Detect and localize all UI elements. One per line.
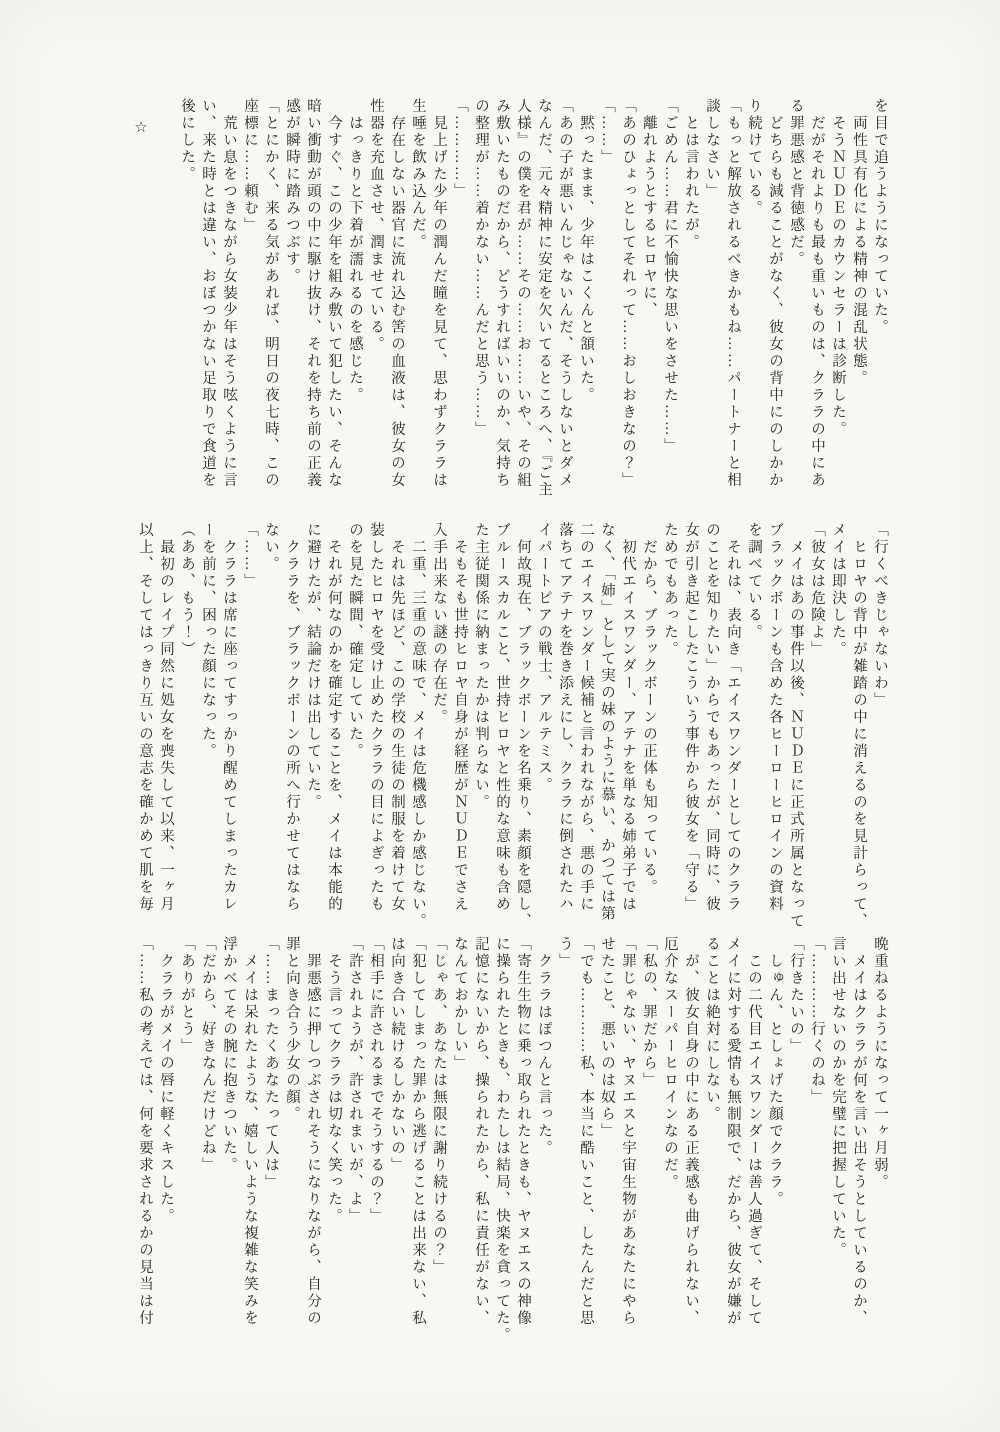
scanned-novel-page: を目で追うようになっていた。 両性具有化による精神の混乱状態。 そうＮＵＤＥのカ…	[0, 0, 1000, 1432]
text-column: 「だから、好きなんだけどね」	[197, 936, 218, 1350]
text-column: 記憶にないから、操られたから、私に責任がない、	[470, 936, 491, 1350]
text-column: 存在しない器官に流れ込む筈の血液は、彼女の女	[386, 98, 407, 508]
text-column: 今すぐ、この少年を組み敷いて犯したい、そんな	[323, 98, 344, 508]
text-column: 「寄生生物に乗っ取られたときも、ヤヌエスの神像	[512, 936, 533, 1350]
text-column: い、来た時とは違い、おぼつかない足取りで食道を	[197, 98, 218, 508]
text-column: （ああ、もう！）	[176, 522, 197, 936]
text-column: に避けたが、結論だけは出していた。	[302, 522, 323, 936]
text-column: 以上、そしてはっきり互いの意志を確かめて肌を毎	[134, 522, 155, 936]
text-column: 人様』の僕を君が……その……お……いや、その組	[512, 98, 533, 508]
text-column: なく、「姉」として実の妹のように慕い、かつては第	[596, 522, 617, 936]
text-column: ブラックボーンも含めた各ヒーローヒロインの資料	[764, 522, 785, 936]
text-column: 感が瞬時に踏みつぶす。	[281, 98, 302, 508]
text-column: 暗い衝動が頭の中に駆け抜け、それを持ち前の正義	[302, 98, 323, 508]
text-column: 「じゃあ、あなたは無限に謝り続けるの？」	[428, 936, 449, 1350]
text-column: み敷いたものだから、どうすればいいのか、気持ち	[491, 98, 512, 508]
text-column: この二代目エイスワンダーは善人過ぎて、そして	[743, 936, 764, 1350]
text-column: 「相手に許されるまでそうするの？」	[365, 936, 386, 1350]
text-column: 「……まったくあなたって人は」	[260, 936, 281, 1350]
text-column: 後にした。	[176, 98, 197, 508]
text-column: 最初のレイプ同然に処女を喪失して以来、一ヶ月	[155, 522, 176, 936]
text-column: ヒロヤの背中が雑踏の中に消えるのを見計らって、	[848, 522, 869, 936]
text-column: 装したヒロヤを受け止めたクララの目によぎったも	[365, 522, 386, 936]
text-column: 「罪じゃない、ヤヌエスと宇宙生物があなたにやら	[617, 936, 638, 1350]
text-column: 罪悪感に押しつぶされそうになりながら、自分の	[302, 936, 323, 1350]
text-column: 「ありがとう」	[176, 936, 197, 1350]
text-column: 「…………」	[449, 98, 470, 508]
text-column: クララはぽつんと言った。	[533, 936, 554, 1350]
text-column: 荒い息をつきながら女装少年はそう呟くように言	[218, 98, 239, 508]
text-column: そう言ってクララは切なく笑った。	[323, 936, 344, 1350]
text-column: 浮かべてその腕に抱きついた。	[218, 936, 239, 1350]
text-column: そうＮＵＤＥのカウンセラーは診断した。	[827, 98, 848, 508]
text-column: クララを、ブラックボーンの所へ行かせてはなら	[281, 522, 302, 936]
text-column: 「……」	[596, 98, 617, 508]
text-column: 談しなさい」	[701, 98, 722, 508]
text-column: を目で追うようになっていた。	[869, 98, 890, 508]
text-column: ためでもあった。	[659, 522, 680, 936]
text-column: 「…………行くのね」	[806, 936, 827, 1350]
text-column: だから、ブラックボーンの正体も知っている。	[638, 522, 659, 936]
text-column: はっきりと下着が濡れるのを感じた。	[344, 98, 365, 508]
text-column: だがそれよりも最も重いものは、クララの中にあ	[806, 98, 827, 508]
text-column: 「でも…………私、本当に酷いこと、したんだと思	[575, 936, 596, 1350]
text-column: 何故現在、ブラックボーンを名乗り、素顔を隠し、	[512, 522, 533, 936]
text-column: た主従関係に納まったかは判らない。	[470, 522, 491, 936]
text-column: ーを前に、困った顔になった。	[197, 522, 218, 936]
text-column: 見上げた少年の潤んだ瞳を見て、思わずクララは	[428, 98, 449, 508]
text-column: 晩重ねるようになって一ヶ月弱。	[869, 936, 890, 1350]
text-column: なんておかしい」	[449, 936, 470, 1350]
text-column: 両性具有化による精神の混乱状態。	[848, 98, 869, 508]
text-column: それが何なのかを確定することを、メイは本能的	[323, 522, 344, 936]
text-column: 「ごめん……君に不愉快な思いをさせた……」	[659, 98, 680, 508]
text-column: 座標に……頼む」	[239, 98, 260, 508]
text-column: う」	[554, 936, 575, 1350]
text-column: そもそも世持ヒロヤ自身が経歴がＮＵＤＥでさえ	[449, 522, 470, 936]
text-column: とは言われたが。	[680, 98, 701, 508]
text-column: が、彼女自身の中にある正義感も曲げられない、	[680, 936, 701, 1350]
text-column: 「行くべきじゃないわ」	[869, 522, 890, 936]
text-column: 「彼女は危険よ」	[806, 522, 827, 936]
text-column: メイに対する愛情も無制限で、だから、彼女が嫌が	[722, 936, 743, 1350]
text-column: る罪悪感と背徳感だ。	[785, 98, 806, 508]
text-column: 「とにかく、来る気があれば、明日の夜七時、この	[260, 98, 281, 508]
text-column: 入手出来ない謎の存在だ。	[428, 522, 449, 936]
text-column: どちらも減ることがなく、彼女の背中にのしかか	[764, 98, 785, 508]
text-column: 生唾を飲み込んだ。	[407, 98, 428, 508]
text-column: 性器を充血させ、潤ませている。	[365, 98, 386, 508]
text-column: 「犯してしまった罪から逃げることは出来ない、私	[407, 936, 428, 1350]
text-column: の整理が……着かない……んだと思う……」	[470, 98, 491, 508]
text-column: せたこと、悪いのは奴ら」	[596, 936, 617, 1350]
text-column: 女が引き起こしたこういう事件から彼女を「守る」	[680, 522, 701, 936]
text-column: 初代エイスワンダー、アテナを単なる姉弟子では	[617, 522, 638, 936]
text-column: 言い出せないのかを完璧に把握していた。	[827, 936, 848, 1350]
text-column: それは先ほど、この学校の生徒の制服を着けて女	[386, 522, 407, 936]
text-column: のことを知りたい」からでもあったが、同時に、彼	[701, 522, 722, 936]
text-column: 離れようとするヒロヤに、	[638, 98, 659, 508]
text-column: メイはクララが何を言い出そうとしているのか、	[848, 936, 869, 1350]
text-column: ブルースカルこと、世持ヒロヤと性的な意味も含め	[491, 522, 512, 936]
text-column: 二重、三重の意味で、メイは危機感しか感じない。	[407, 522, 428, 936]
text-column: メイは即決した。	[827, 522, 848, 936]
text-column: しゅん、としょげた顔でクララ。	[764, 936, 785, 1350]
text-column: 「あのひょっとしてそれって……おしおきなの？」	[617, 98, 638, 508]
text-column: 「行きたいの」	[785, 936, 806, 1350]
text-column: メイは呆れたような、嬉しいような複雑な笑みを	[239, 936, 260, 1350]
text-column: 二のエイスワンダー候補と言われながら、悪の手に	[575, 522, 596, 936]
text-column: 落ちてアテナを巻き添えにし、クララに倒されたハ	[554, 522, 575, 936]
text-column: 「許されようが、許されまいが、よ」	[344, 936, 365, 1350]
text-column: に操られたときも、わたしは結局、快楽を貪ってた。	[491, 936, 512, 1350]
text-column: り続けている。	[743, 98, 764, 508]
text-column: メイはあの事件以後、ＮＵＤＥに正式所属となって	[785, 522, 806, 936]
text-column: 罪と向き合う少女の顔。	[281, 936, 302, 1350]
text-band-middle: 「行くべきじゃないわ」 ヒロヤの背中が雑踏の中に消えるのを見計らって、メイは即決…	[134, 522, 890, 936]
star-separator: ☆	[129, 98, 150, 528]
text-column: 厄介なスーパーヒロインなのだ。	[659, 936, 680, 1350]
text-column: クララがメイの唇に軽くキスした。	[155, 936, 176, 1350]
text-column: のを見た瞬間、確定していた。	[344, 522, 365, 936]
text-band-bottom: 晩重ねるようになって一ヶ月弱。 メイはクララが何を言い出そうとしているのか、言い…	[134, 936, 890, 1350]
text-column: 「もっと解放されるべきかもね……パートナーと相	[722, 98, 743, 508]
text-column: を調べている。	[743, 522, 764, 936]
text-column: ることは絶対にしない。	[701, 936, 722, 1350]
text-column: 「……私の考えでは、何を要求されるかの見当は付	[134, 936, 155, 1350]
text-column: 「あの子が悪いんじゃないんだ、そうしないとダメ	[554, 98, 575, 508]
text-column: なんだ、元々精神に安定を欠いてるところへ、『ご主	[533, 98, 554, 508]
text-column: それは、表向き「エイスワンダーとしてのクララ	[722, 522, 743, 936]
text-column: イパートピアの戦士、アルテミス。	[533, 522, 554, 936]
text-column: 「……」	[239, 522, 260, 936]
text-column: 黙ったまま、少年はこくんと頷いた。	[575, 98, 596, 508]
text-band-top: を目で追うようになっていた。 両性具有化による精神の混乱状態。 そうＮＵＤＥのカ…	[129, 98, 890, 508]
text-column: クララは席に座ってすっかり醒めてしまったカレ	[218, 522, 239, 936]
text-column: 「私の、罪だから」	[638, 936, 659, 1350]
text-column: ない。	[260, 522, 281, 936]
text-column: は向き合い続けるしかないの」	[386, 936, 407, 1350]
